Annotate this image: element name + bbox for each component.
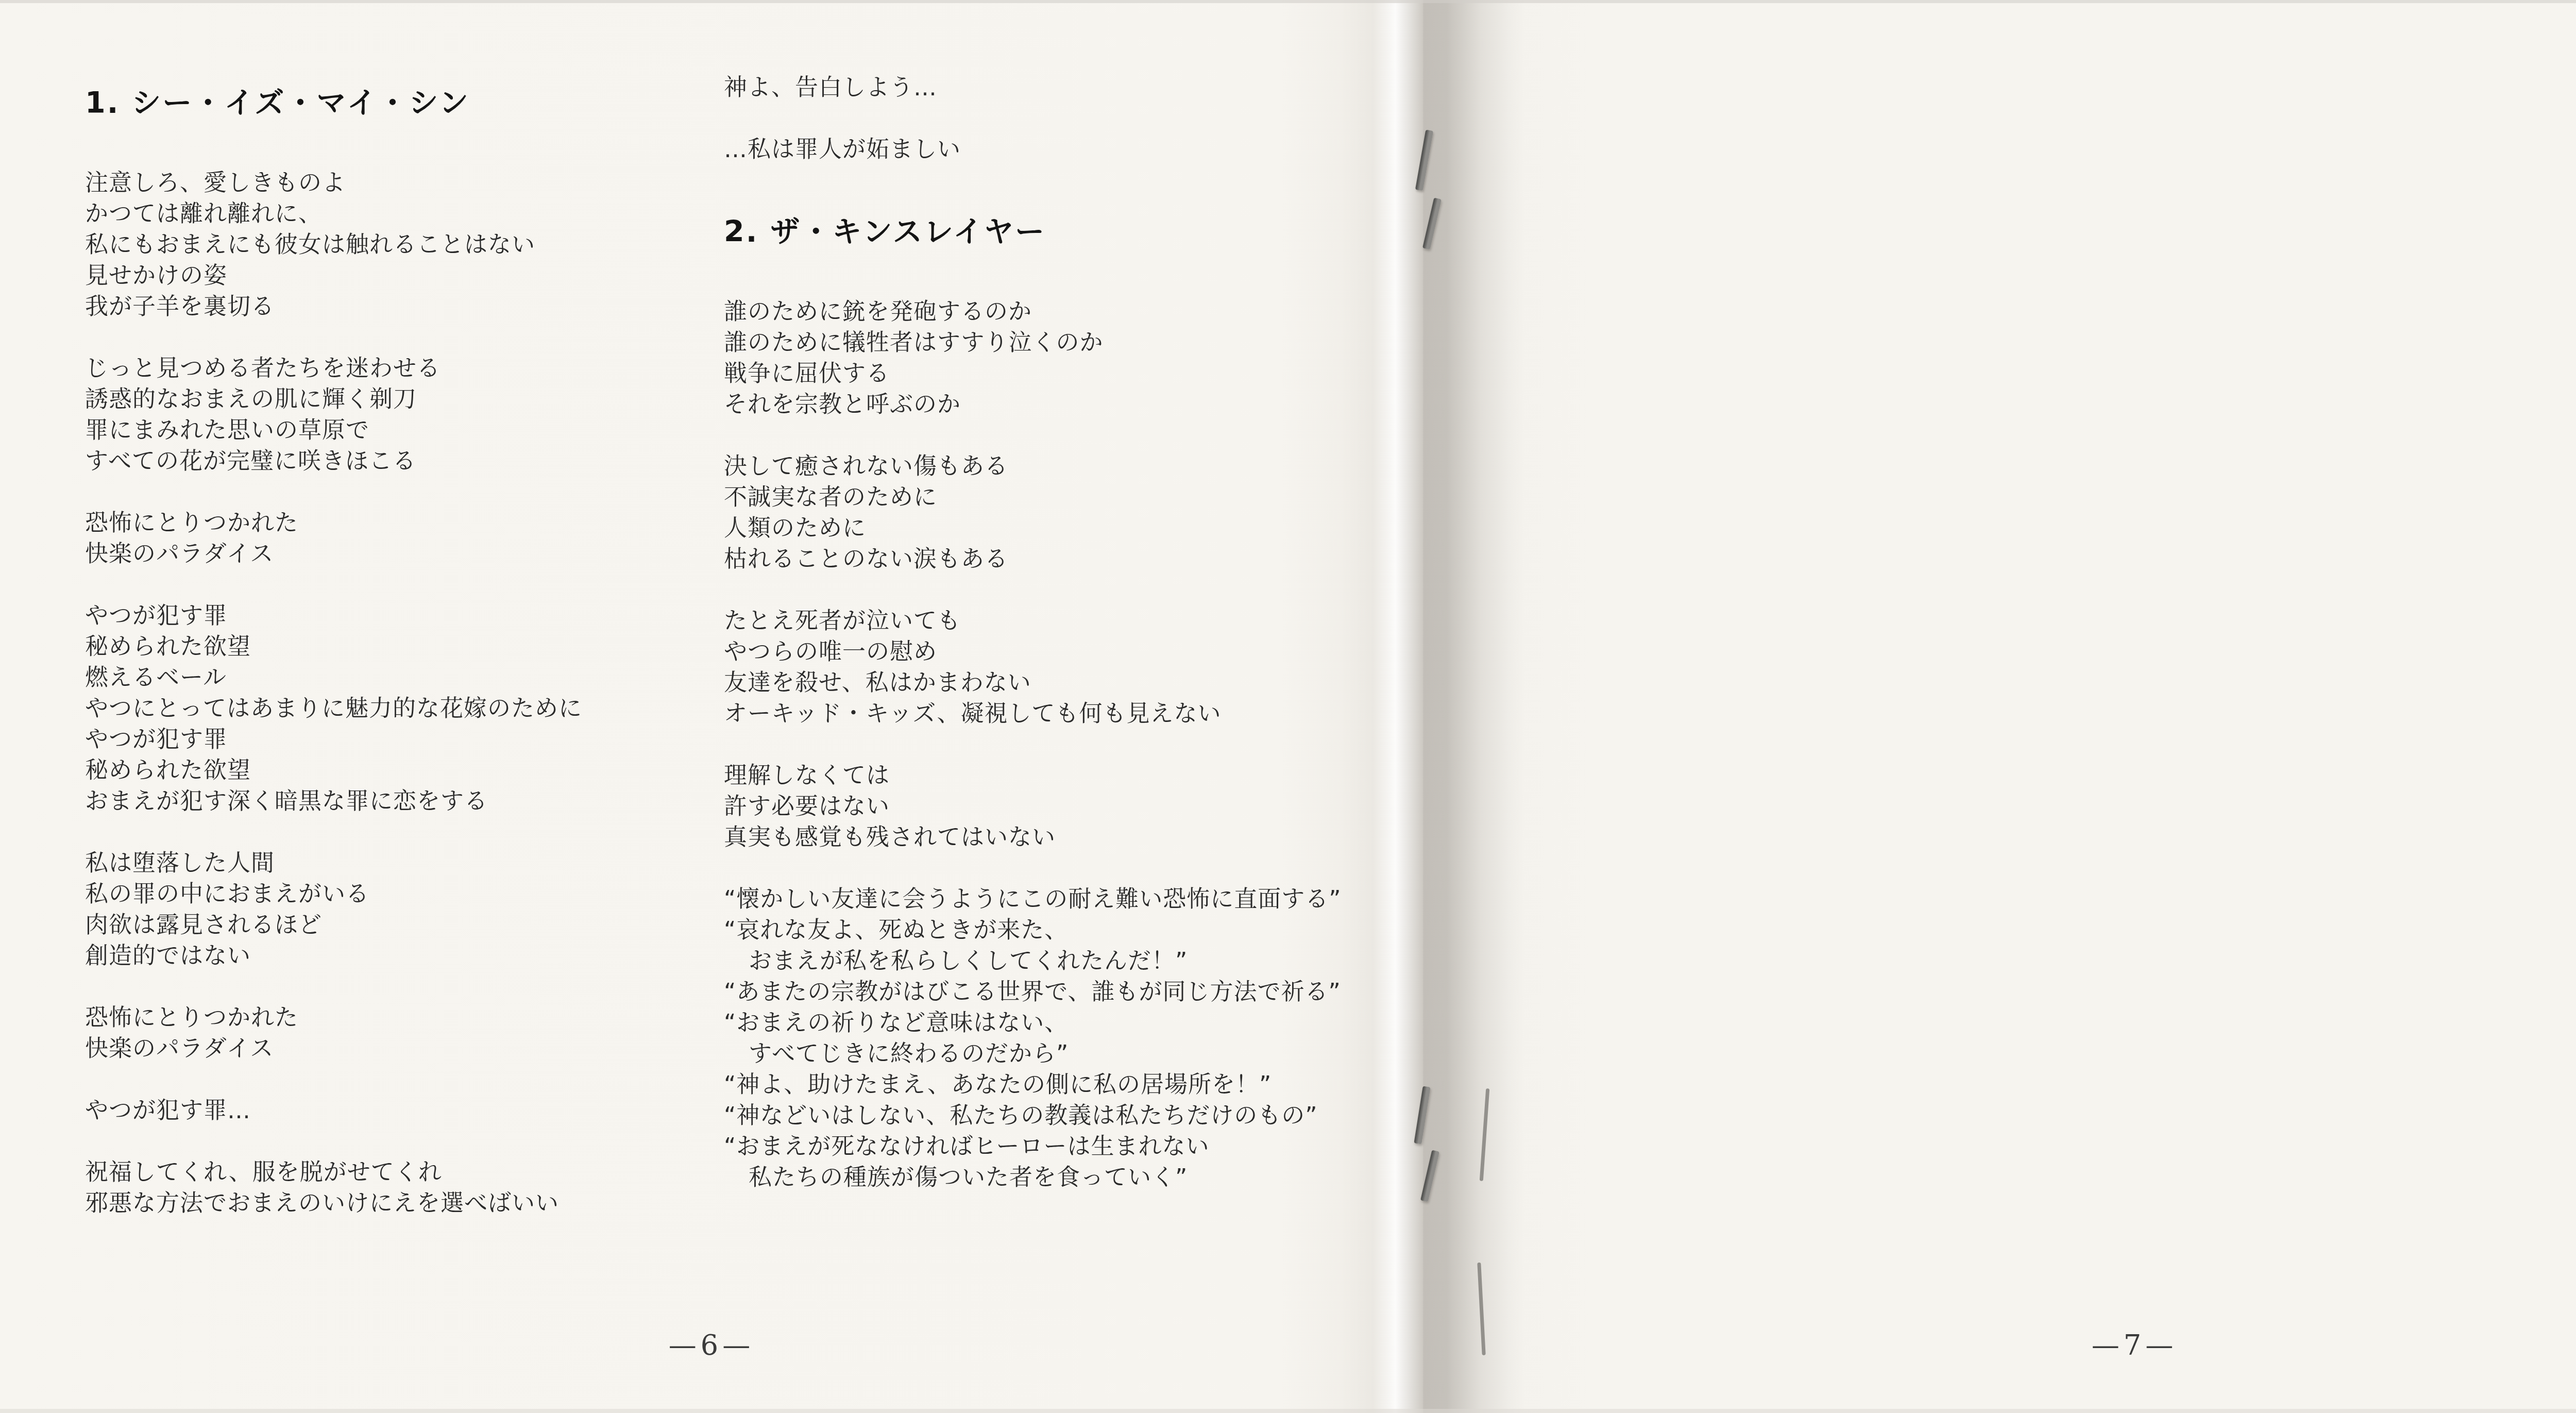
lyric-line: おまえが私を私らしくしてくれたんだ！”: [724, 946, 1388, 977]
stanza: やつが犯す罪秘められた欲望燃えるベールやつにとってはあまりに魅力的な花嫁のために…: [85, 600, 698, 817]
lyric-line: 決して癒されない傷もある: [724, 451, 1388, 482]
lyric-line: 恐怖にとりつかれた: [85, 508, 698, 539]
lyric-line: 恐怖にとりつかれた: [85, 1002, 698, 1033]
lyric-line: 戦争に屈伏する: [724, 358, 1388, 389]
lyric-line: やつが犯す罪: [85, 724, 698, 755]
lyric-line: “神よ、助けたまえ、あなたの側に私の居場所を！”: [724, 1069, 1388, 1100]
lyric-line: やつにとってはあまりに魅力的な花嫁のために: [85, 693, 698, 724]
stanza: 恐怖にとりつかれた快楽のパラダイス: [85, 508, 698, 569]
stanza: 注意しろ、愛しきものよかつては離れ離れに、私にもおまえにも彼女は触れることはない…: [85, 167, 698, 322]
lyric-line: 罪にまみれた思いの草原で: [85, 415, 698, 446]
lyric-line: 神よ、告白しよう…: [724, 72, 1388, 103]
lyric-line: 許す必要はない: [724, 791, 1388, 822]
lyric-line: 秘められた欲望: [85, 755, 698, 786]
stanza: 恐怖にとりつかれた快楽のパラダイス: [85, 1002, 698, 1064]
lyric-line: “あまたの宗教がはびこる世界で、誰もが同じ方法で祈る”: [724, 977, 1388, 1007]
lyric-line: 私は堕落した人間: [85, 848, 698, 879]
lyric-line: 私にもおまえにも彼女は触れることはない: [85, 229, 698, 260]
lyric-line: やつが犯す罪: [85, 600, 698, 631]
lyrics-column-2: 神よ、告白しよう……私は罪人が妬ましい2. ザ・キンスレイヤー誰のために銃を発砲…: [724, 72, 1388, 1224]
lyric-line: 人類のために: [724, 513, 1388, 544]
song-title: 1. シー・イズ・マイ・シン: [85, 85, 698, 121]
lyric-line: “おまえの祈りなど意味はない、: [724, 1007, 1388, 1038]
lyric-line: やつが犯す罪…: [85, 1095, 698, 1126]
stanza: 私は堕落した人間私の罪の中におまえがいる肉欲は露見されるほど創造的ではない: [85, 848, 698, 971]
lyric-line: すべてじきに終わるのだから”: [724, 1038, 1388, 1069]
stanza: 理解しなくては許す必要はない真実も感覚も残されてはいない: [724, 760, 1388, 853]
lyric-line: 我が子羊を裏切る: [85, 291, 698, 322]
lyric-line: 枯れることのない涙もある: [724, 544, 1388, 575]
song-title: 2. ザ・キンスレイヤー: [724, 214, 1388, 250]
lyric-line: 友達を殺せ、私はかまわない: [724, 667, 1388, 698]
stanza: 誰のために銃を発砲するのか誰のために犠牲者はすすり泣くのか戦争に屈伏するそれを宗…: [724, 296, 1388, 420]
lyric-line: “神などいはしない、私たちの教義は私たちだけのもの”: [724, 1100, 1388, 1131]
stanza: やつが犯す罪…: [85, 1095, 698, 1126]
stanza: じっと見つめる者たちを迷わせる誘惑的なおまえの肌に輝く剃刀罪にまみれた思いの草原…: [85, 353, 698, 477]
lyric-line: それを宗教と呼ぶのか: [724, 389, 1388, 420]
lyric-line: 秘められた欲望: [85, 631, 698, 662]
lyric-line: 真実も感覚も残されてはいない: [724, 822, 1388, 853]
scan-edge: [0, 1409, 2576, 1413]
page-number-7: —7—: [1423, 1329, 2576, 1361]
lyric-line: かつては離れ離れに、: [85, 198, 698, 229]
lyric-line: やつらの唯一の慰め: [724, 636, 1388, 667]
lyric-line: すべての花が完璧に咲きほこる: [85, 446, 698, 477]
lyric-line: 誘惑的なおまえの肌に輝く剃刀: [85, 384, 698, 415]
lyric-line: 肉欲は露見されるほど: [85, 910, 698, 940]
stanza: “懐かしい友達に会うようにこの耐え難い恐怖に直面する”“哀れな友よ、死ぬときが来…: [724, 884, 1388, 1193]
stanza: 決して癒されない傷もある不誠実な者のために人類のために枯れることのない涙もある: [724, 451, 1388, 575]
lyric-line: 注意しろ、愛しきものよ: [85, 167, 698, 198]
scan-edge: [0, 0, 2576, 3]
lyric-line: 創造的ではない: [85, 940, 698, 971]
booklet-spread: 1. シー・イズ・マイ・シン注意しろ、愛しきものよかつては離れ離れに、私にもおま…: [0, 0, 2576, 1413]
lyric-line: 理解しなくては: [724, 760, 1388, 791]
stanza: 祝福してくれ、服を脱がせてくれ邪悪な方法でおまえのいけにえを選べばいい: [85, 1157, 698, 1219]
lyric-line: 快楽のパラダイス: [85, 539, 698, 569]
lyric-line: おまえが犯す深く暗黒な罪に恋をする: [85, 786, 698, 817]
stanza: …私は罪人が妬ましい: [724, 134, 1388, 165]
page-6: 1. シー・イズ・マイ・シン注意しろ、愛しきものよかつては離れ離れに、私にもおま…: [0, 0, 1423, 1413]
lyric-line: 邪悪な方法でおまえのいけにえを選べばいい: [85, 1188, 698, 1219]
lyric-line: 燃えるベール: [85, 662, 698, 693]
lyric-line: 見せかけの姿: [85, 260, 698, 291]
lyric-line: 不誠実な者のために: [724, 482, 1388, 513]
lyric-line: …私は罪人が妬ましい: [724, 134, 1388, 165]
lyric-line: たとえ死者が泣いても: [724, 605, 1388, 636]
stanza: たとえ死者が泣いてもやつらの唯一の慰め友達を殺せ、私はかまわないオーキッド・キッ…: [724, 605, 1388, 729]
lyric-line: “哀れな友よ、死ぬときが来た、: [724, 915, 1388, 946]
lyric-line: “懐かしい友達に会うようにこの耐え難い恐怖に直面する”: [724, 884, 1388, 915]
lyric-line: オーキッド・キッズ、凝視しても何も見えない: [724, 698, 1388, 729]
lyric-line: 私の罪の中におまえがいる: [85, 879, 698, 910]
lyric-line: 私たちの種族が傷ついた者を食っていく”: [724, 1162, 1388, 1193]
lyric-line: “おまえが死ななければヒーローは生まれない: [724, 1131, 1388, 1162]
lyric-line: 快楽のパラダイス: [85, 1033, 698, 1064]
stanza: 神よ、告白しよう…: [724, 72, 1388, 103]
lyric-line: じっと見つめる者たちを迷わせる: [85, 353, 698, 384]
lyric-line: 誰のために銃を発砲するのか: [724, 296, 1388, 327]
lyrics-column-1: 1. シー・イズ・マイ・シン注意しろ、愛しきものよかつては離れ離れに、私にもおま…: [85, 85, 698, 1250]
page-number-6: —6—: [0, 1329, 1423, 1361]
lyric-line: 誰のために犠牲者はすすり泣くのか: [724, 327, 1388, 358]
page-7: “おまえの生けにえの血も飲んだお涙ちょうだいのおまえの苦痛を感じるぜ名声への欲望…: [1423, 0, 2576, 1413]
lyric-line: 祝福してくれ、服を脱がせてくれ: [85, 1157, 698, 1188]
